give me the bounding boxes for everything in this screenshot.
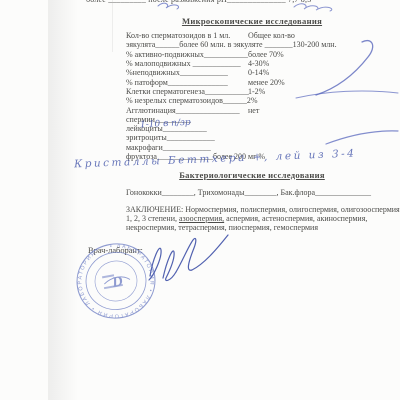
round-stamp: • ЛАБОРАТОРИЯ • ЛАБОРАТОРИЯ • ЛАБОРАТОРИ… [70,238,162,326]
conclusion-label: ЗАКЛЮЧЕНИЕ: [126,205,183,214]
row-value: более 70% [248,50,284,59]
row-label: Кол-во сперматозоидов в 1 мл. [126,31,230,40]
row-value: 0-14% [248,68,269,77]
row-value: Общее кол-во [248,31,295,40]
form-row: Клетки сперматогенеза___________ 1-2% [126,87,337,96]
microscopic-rows: Кол-во сперматозоидов в 1 мл. Общее кол-… [126,31,337,161]
row-value: нет [248,106,259,115]
form-row: % незрелых сперматозоидов______2% [126,96,337,105]
pen-flourish-bottom [326,131,398,144]
row-label: % малоподвижных ____________ [126,59,241,68]
form-row: % патоформ_______________ менее 20% [126,78,337,87]
row-label: % активно-подвижных___________ [126,50,248,59]
row-label: эритроциты____________ [126,133,215,142]
row-label: % патоформ_______________ [126,78,228,87]
row-value: менее 20% [248,78,285,87]
conclusion-paragraph: ЗАКЛЮЧЕНИЕ: Нормоспермия, полиспермия, о… [126,205,400,233]
top-form-line: более _________ после разжижения рН_____… [86,0,311,4]
form-row: %неподвижных____________ 0-14% [126,68,337,77]
bacteriological-line: Гонококки________, Трихомонады________, … [126,188,371,197]
page-edge-line [112,0,113,52]
section-heading-bacteriological: Бактериологические исследования [108,170,396,180]
form-row: Агглютинация________________ нет [126,106,337,115]
scanned-lab-report: более _________ после разжижения рН_____… [0,0,400,400]
scan-edge-shadow [48,0,78,400]
row-value: 4-30% [248,59,269,68]
handwriting-squiggle [158,3,179,9]
row-label: % незрелых сперматозоидов______2% [126,96,258,105]
form-row: эякулята______более 60 млн. в эякуляте _… [126,40,337,49]
row-label: %неподвижных____________ [126,68,228,77]
stamp-center-letter: D [110,273,125,291]
form-row: % активно-подвижных___________ более 70% [126,50,337,59]
section-heading-microscopic: Микроскопические исследования [108,16,396,26]
handwriting-squiggle [294,4,332,11]
conclusion-underlined-term: азооспермия, [179,214,224,223]
form-row: эритроциты____________ [126,133,337,142]
form-row: % малоподвижных ____________ 4-30% [126,59,337,68]
row-label: Агглютинация________________ [126,106,240,115]
row-label: макрофаги____________ [126,143,211,152]
form-row: Кол-во сперматозоидов в 1 мл. Общее кол-… [126,31,337,40]
row-label: Клетки сперматогенеза___________ [126,87,249,96]
row-label: эякулята______более 60 млн. в эякуляте _… [126,40,337,49]
row-value: 1-2% [248,87,265,96]
